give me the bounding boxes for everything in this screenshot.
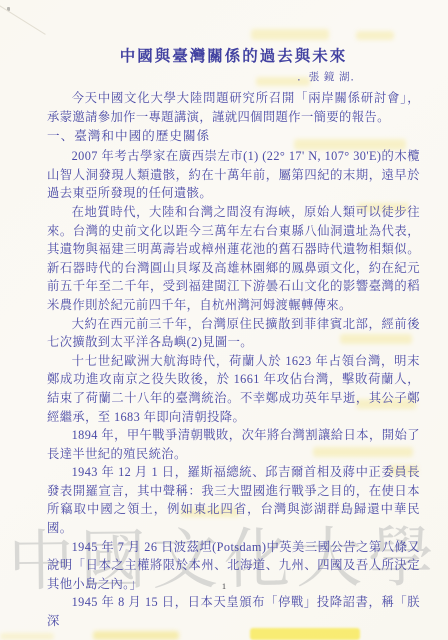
page-number: 1 (0, 581, 448, 591)
scanned-document-page: 中國文化大學 中國與臺灣關係的過去與未來 ．張 鏡 湖． 今天中國文化大學大陸問… (0, 0, 448, 640)
highlighter-bleed-bar (93, 631, 179, 640)
highlighter-bleed-mark (356, 31, 394, 40)
document-body: 中國與臺灣關係的過去與未來 ．張 鏡 湖． 今天中國文化大學大陸問題研究所召開「… (47, 44, 420, 631)
paragraph: 在地質時代，大陸和台灣之間沒有海峽，原始人類可以徒步往來。台灣的史前文化以距今三… (47, 203, 420, 315)
highlighter-bleed-mark (251, 29, 329, 40)
author-byline: ．張 鏡 湖． (47, 69, 418, 84)
paragraph: 1945 年 8 月 15 日，日本天皇頒布「停戰」投降詔書，稱「朕深 (47, 593, 420, 630)
paragraph: 十七世紀歐洲大航海時代，荷蘭人於 1623 年占領台灣，明末鄭成功進攻南京之役失… (47, 352, 420, 426)
paragraph: 1894 年，甲午戰爭清朝戰敗，次年將台灣割讓給日本，開始了長達半世紀的殖民統治… (47, 426, 420, 463)
paragraph: 2007 年考古學家在廣西崇左市(1) (22° 17' N, 107° 30'… (47, 147, 420, 203)
paragraph: 大約在西元前三千年，台灣原住民擴散到菲律賓北部，經前後七次擴散到太平洋各島嶼(2… (47, 315, 420, 352)
page-title: 中國與臺灣關係的過去與未來 (47, 44, 420, 66)
highlighter-bleed-bar (0, 633, 54, 640)
paragraph: 1943 年 12 月 1 日，羅斯福總統、邱吉爾首相及蔣中正委員長發表開羅宣言… (47, 463, 420, 537)
intro-paragraph: 今天中國文化大學大陸問題研究所召開「兩岸關係研討會」，承蒙邀請參加作一專題講演，… (47, 89, 420, 126)
section-heading: 一、臺灣和中國的歷史關係 (47, 127, 420, 146)
